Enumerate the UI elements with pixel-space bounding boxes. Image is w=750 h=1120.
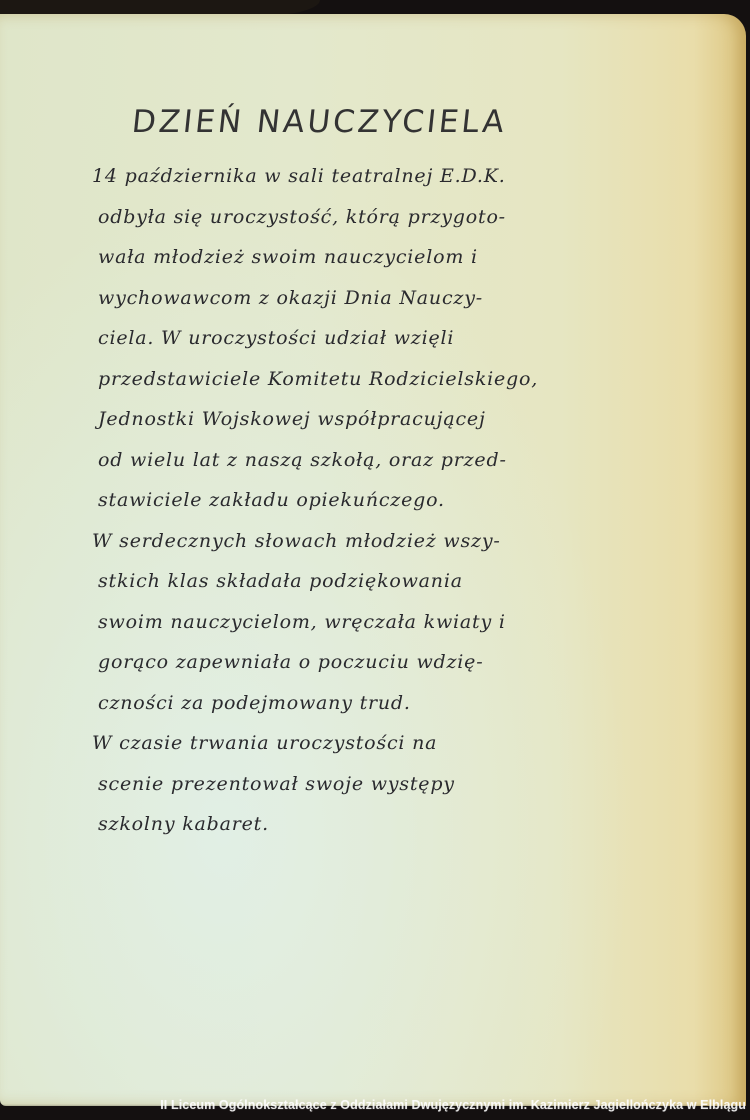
text-line: przedstawiciele Komitetu Rodzicielskiego… [92,359,712,400]
text-line: swoim nauczycielom, wręczała kwiaty i [92,602,712,643]
text-line: gorąco zapewniała o poczuciu wdzię- [92,642,712,683]
page-title: DZIEŃ NAUCZYCIELA [130,104,508,140]
text-line: od wielu lat z naszą szkołą, oraz przed- [92,440,712,481]
text-line: szkolny kabaret. [92,804,712,845]
handwritten-body: 14 października w sali teatralnej E.D.K.… [92,156,712,845]
text-line: scenie prezentował swoje występy [92,764,712,805]
text-line: W serdecznych słowach młodzież wszy- [92,521,712,562]
text-line: ciela. W uroczystości udział wzięli [92,318,712,359]
text-line: czności za podejmowany trud. [92,683,712,724]
text-line: W czasie trwania uroczystości na [92,723,712,764]
text-line: stawiciele zakładu opiekuńczego. [92,480,712,521]
text-line: wała młodzież swoim nauczycielom i [92,237,712,278]
text-line: Jednostki Wojskowej współpracującej [92,399,712,440]
document-photo: DZIEŃ NAUCZYCIELA 14 października w sali… [0,0,750,1120]
text-line: odbyła się uroczystość, którą przygoto- [92,197,712,238]
watermark-caption: II Liceum Ogólnokształcące z Oddziałami … [160,1098,746,1112]
text-line: stkich klas składała podziękowania [92,561,712,602]
text-line: wychowawcom z okazji Dnia Nauczy- [92,278,712,319]
text-line: 14 października w sali teatralnej E.D.K. [92,156,712,197]
